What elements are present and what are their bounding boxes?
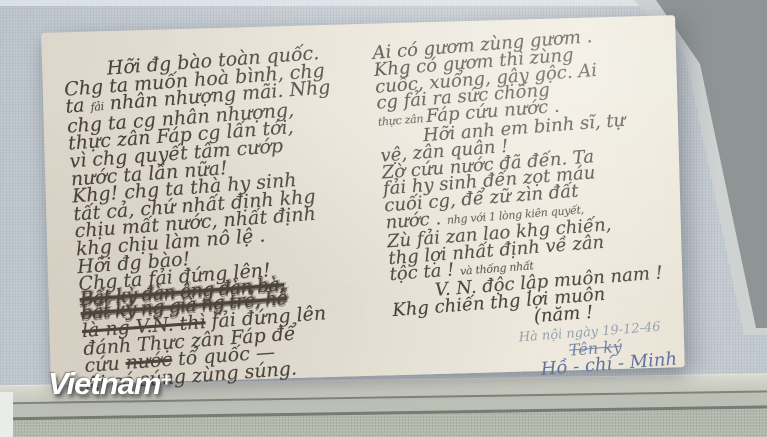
manuscript-text-segment: thực zân xyxy=(377,112,426,129)
watermark-plus-icon: + xyxy=(160,370,170,391)
manuscript-right-column: Ai có gươm zùng gươm .Khg có gươm thì zù… xyxy=(372,24,690,390)
watermark-text: Vietnam xyxy=(48,366,160,401)
bottom-left-light-sliver xyxy=(0,392,13,437)
manuscript-paper: Hỡi đg bào toàn quốc.Chg ta muốn hoà bìn… xyxy=(41,15,685,385)
photo-frame: Hỡi đg bào toàn quốc.Chg ta muốn hoà bìn… xyxy=(0,0,767,437)
vietnamplus-watermark: Vietnam+ xyxy=(48,366,171,402)
manuscript-text-segment: fải xyxy=(90,100,104,114)
manuscript-text-segment: Tên ký xyxy=(568,337,622,360)
manuscript-left-column: Hỡi đg bào toàn quốc.Chg ta muốn hoà bìn… xyxy=(62,42,383,393)
